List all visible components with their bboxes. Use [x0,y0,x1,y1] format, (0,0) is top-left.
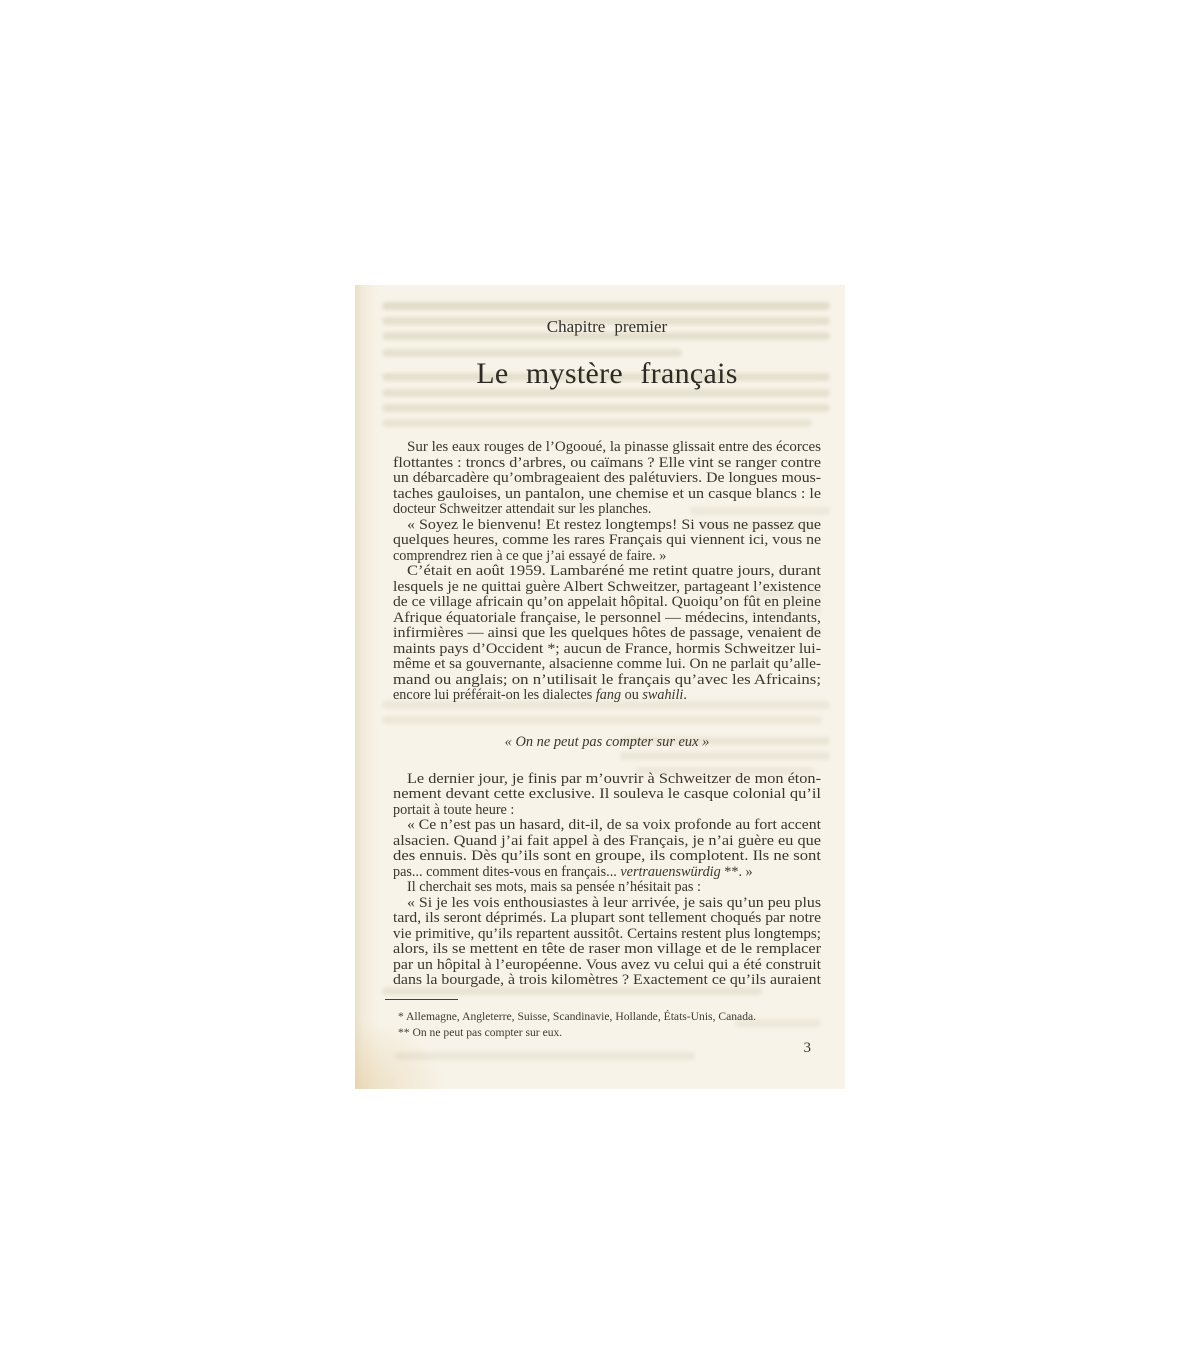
text-line: Sur les eaux rouges de l’Ogooué, la pina… [393,440,821,456]
book-page: Chapitre premier Le mystère français Sur… [355,285,845,1089]
text-line: maints pays d’Occident *; aucun de Franc… [393,642,821,658]
page-content: Chapitre premier Le mystère français Sur… [355,285,845,1089]
page-number: 3 [393,1040,811,1057]
text-line: « Si je les vois enthousiastes à leur ar… [393,896,821,912]
scanned-book-photo: Chapitre premier Le mystère français Sur… [0,0,1200,1372]
body-paragraph: Le dernier jour, je finis par m’ouvrir à… [393,772,821,819]
text-line: portait à toute heure : [393,803,821,819]
text-line: même et sa gouvernante, alsacienne comme… [393,657,821,673]
body-paragraph: « Si je les vois enthousiastes à leur ar… [393,896,821,989]
text-line: « Ce n’est pas un hasard, dit-il, de sa … [393,818,821,834]
chapter-heading: Chapitre premier [393,317,821,337]
text-line: de ce village africain qu’on appelait hô… [393,595,821,611]
text-line: « Soyez le bienvenu! Et restez longtemps… [393,518,821,534]
body-paragraph: Sur les eaux rouges de l’Ogooué, la pina… [393,440,821,518]
text-line: alors, ils se mettent en tête de raser m… [393,942,821,958]
text-line: C’était en août 1959. Lambaréné me retin… [393,564,821,580]
text-line: par un hôpital à l’européenne. Vous avez… [393,958,821,974]
footnote: * Allemagne, Angleterre, Suisse, Scandin… [398,1009,828,1025]
text-line: flottantes : troncs d’arbres, ou caïmans… [393,456,821,472]
text-line: encore lui préférait-on les dialectes fa… [393,688,821,704]
body-paragraph: Il cherchait ses mots, mais sa pensée n’… [393,880,821,896]
text-line: des ennuis. Dès qu’ils sont en groupe, i… [393,849,821,865]
text-line: nement devant cette exclusive. Il soulev… [393,787,821,803]
text-line: alsacien. Quand j’ai fait appel à des Fr… [393,834,821,850]
text-line: pas... comment dites-vous en français...… [393,865,821,881]
text-line: tard, ils seront déprimés. La plupart so… [393,911,821,927]
body-paragraph: « Ce n’est pas un hasard, dit-il, de sa … [393,818,821,880]
text-line: un débarcadère qu’ombrageaient des palét… [393,471,821,487]
text-line: Le dernier jour, je finis par m’ouvrir à… [393,772,821,788]
text-line: taches gauloises, un pantalon, une chemi… [393,487,821,503]
page-title: Le mystère français [373,357,841,391]
text-line: Il cherchait ses mots, mais sa pensée n’… [393,880,821,896]
body-paragraph: « Soyez le bienvenu! Et restez longtemps… [393,518,821,565]
footnote: ** On ne peut pas compter sur eux. [398,1025,828,1041]
text-line: quelques heures, comme les rares Françai… [393,533,821,549]
text-line: mand ou anglais; on n’utilisait le franç… [393,673,821,689]
text-line: vie primitive, qu’ils repartent aussitôt… [393,927,821,943]
text-line: Afrique équatoriale française, le person… [393,611,821,627]
text-line: comprendrez rien à ce que j’ai essayé de… [393,549,821,565]
text-line: docteur Schweitzer attendait sur les pla… [393,502,821,518]
text-line: lesquels je ne quittai guère Albert Schw… [393,580,821,596]
text-line: infirmières — ainsi que les quelques hôt… [393,626,821,642]
text-line: dans la bourgade, à trois kilomètres ? E… [393,973,821,989]
body-text: Sur les eaux rouges de l’Ogooué, la pina… [393,440,821,989]
section-subheading: « On ne peut pas compter sur eux » [393,734,821,750]
footnote-rule [385,999,458,1000]
body-paragraph: C’était en août 1959. Lambaréné me retin… [393,564,821,704]
